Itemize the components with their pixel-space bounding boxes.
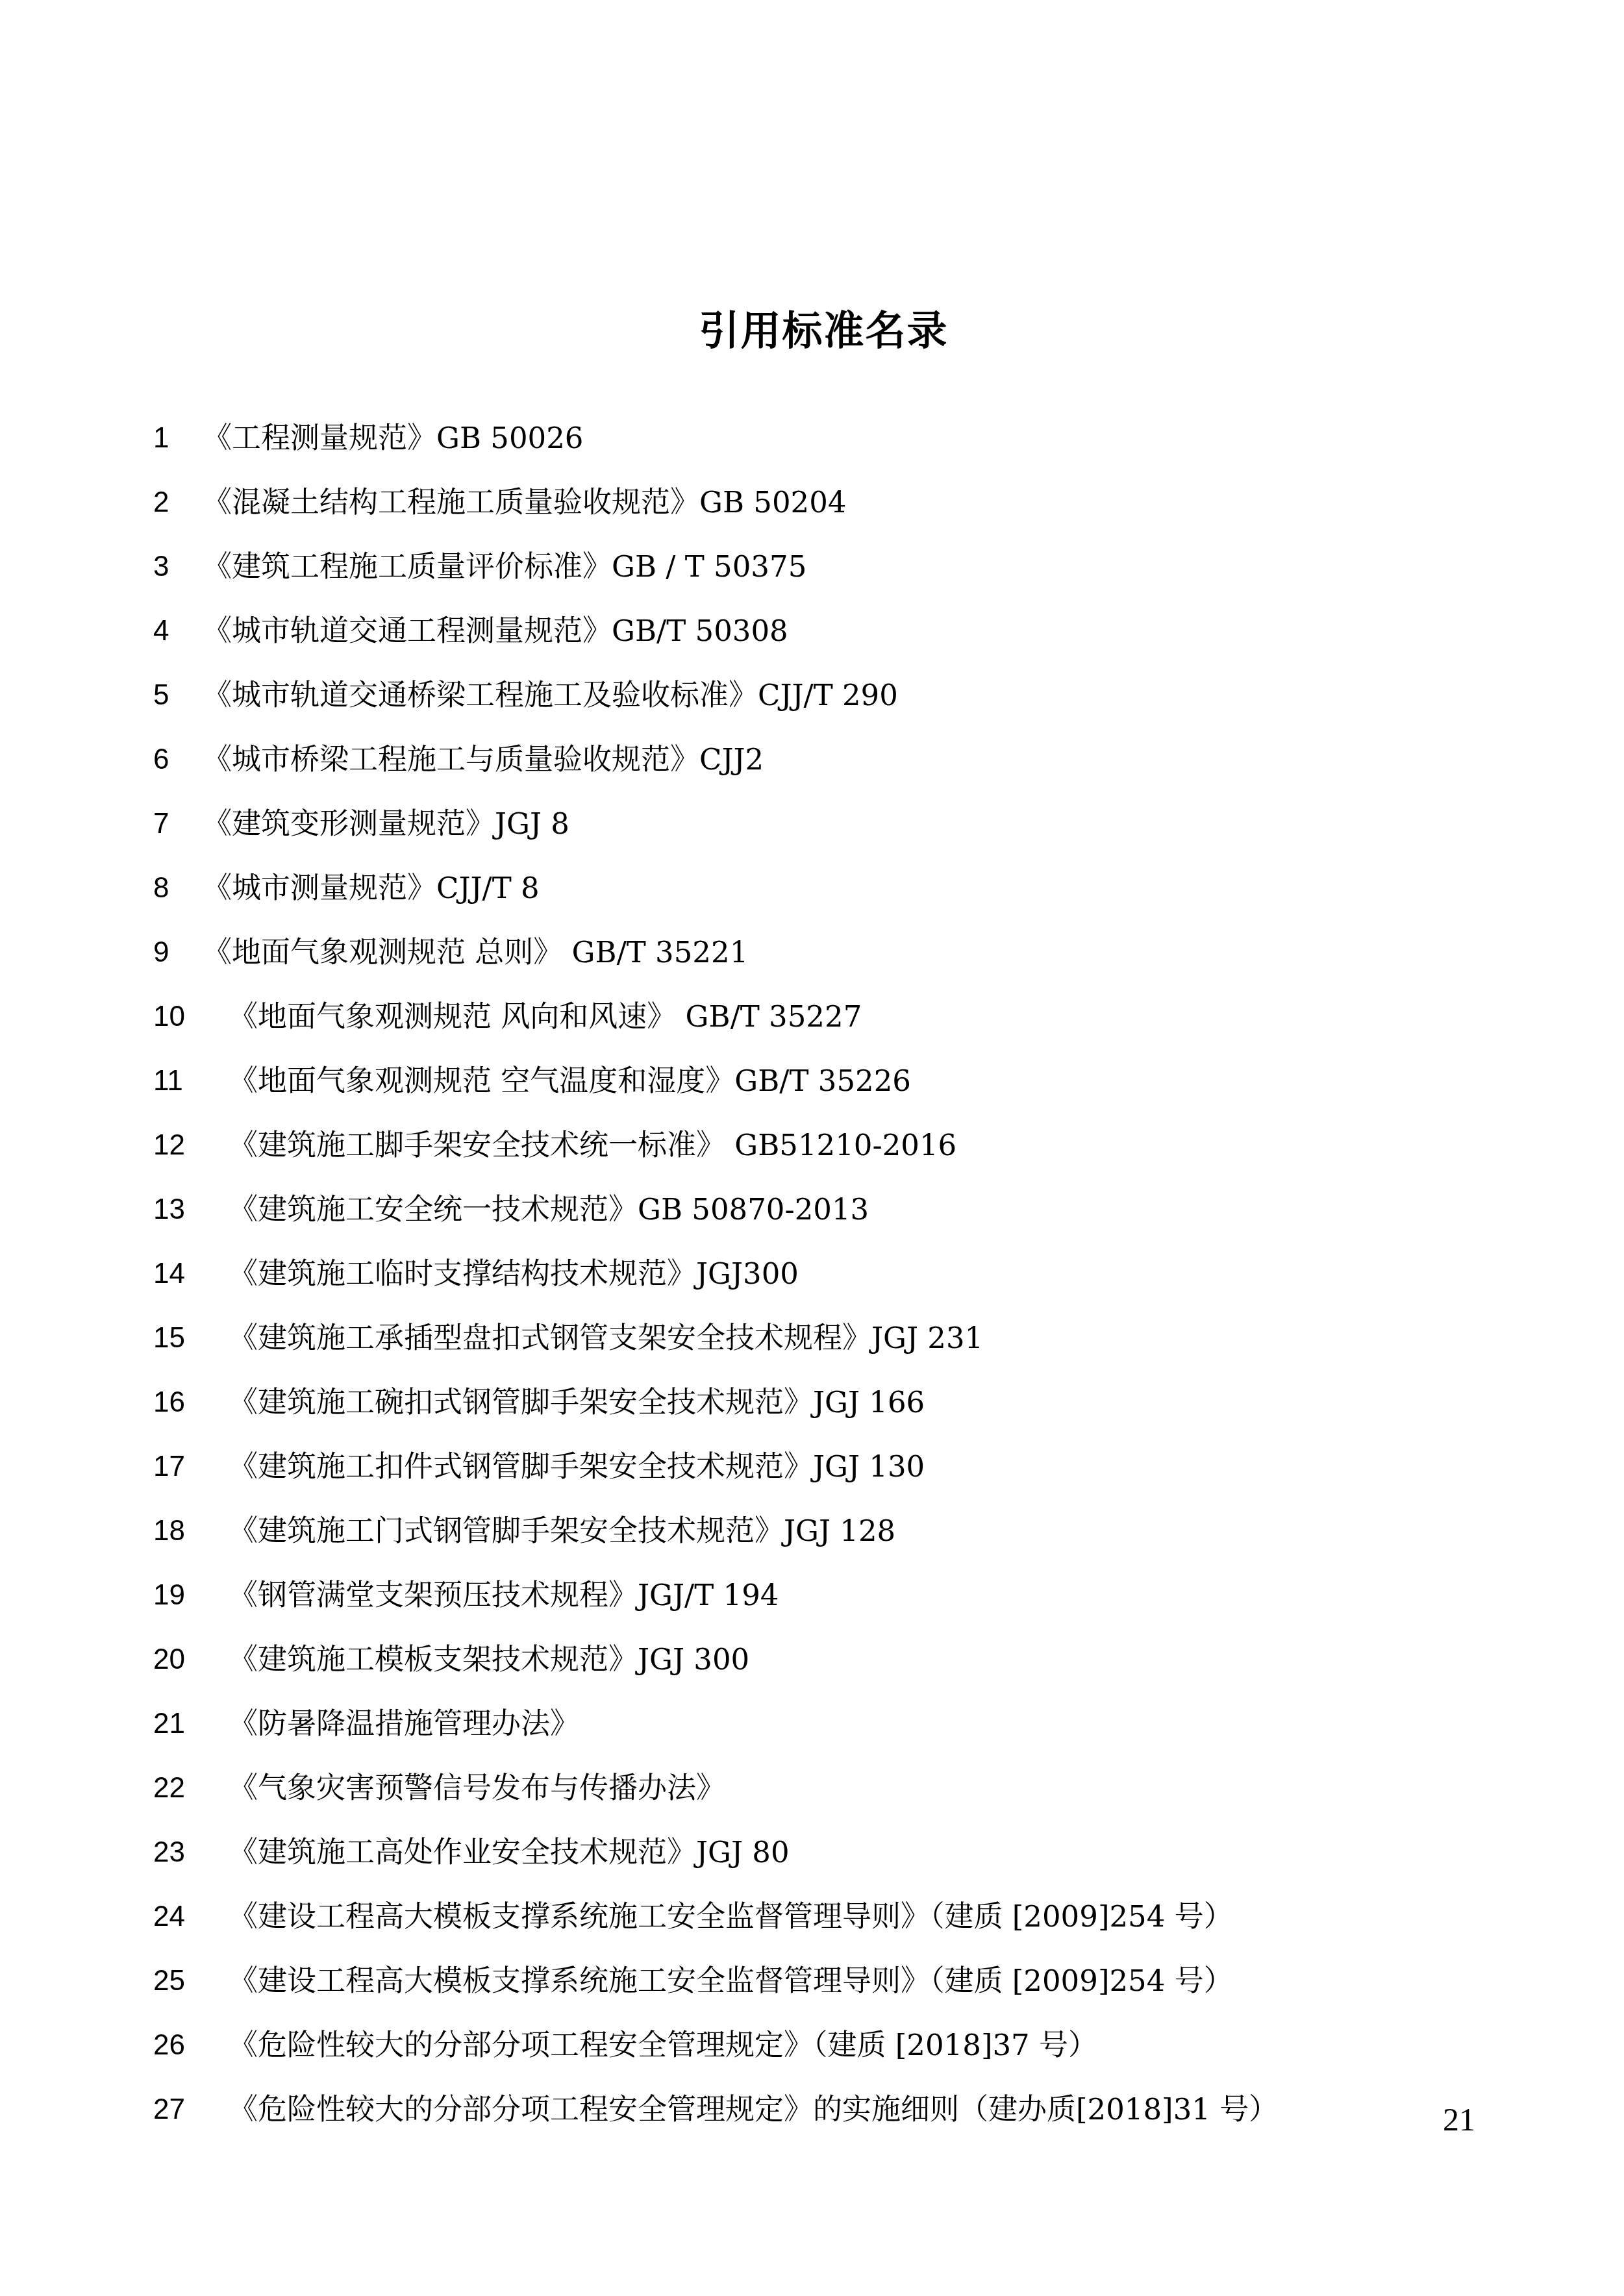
item-text: 《城市测量规范》CJJ/T 8 xyxy=(203,862,540,914)
item-text: 《钢管满堂支架预压技术规程》JGJ/T 194 xyxy=(229,1569,779,1621)
item-text: 《建筑施工脚手架安全技术统一标准》 GB51210-2016 xyxy=(229,1119,956,1171)
item-number: 7 xyxy=(153,798,169,850)
item-text: 《城市轨道交通工程测量规范》GB/T 50308 xyxy=(203,605,788,657)
item-number: 14 xyxy=(153,1248,185,1300)
item-number: 12 xyxy=(153,1119,185,1171)
item-text: 《工程测量规范》GB 50026 xyxy=(203,412,583,464)
item-number: 18 xyxy=(153,1505,185,1557)
item-text: 《建筑施工承插型盘扣式钢管支架安全技术规程》JGJ 231 xyxy=(229,1312,983,1364)
item-number: 5 xyxy=(153,669,169,721)
item-number: 24 xyxy=(153,1891,185,1943)
item-number: 2 xyxy=(153,477,169,529)
item-number: 26 xyxy=(153,2019,185,2071)
item-text: 《建筑变形测量规范》JGJ 8 xyxy=(203,798,569,850)
item-number: 21 xyxy=(153,1698,185,1750)
item-number: 20 xyxy=(153,1634,185,1686)
item-number: 9 xyxy=(153,927,169,979)
item-text: 《建筑施工模板支架技术规范》JGJ 300 xyxy=(229,1634,749,1686)
item-text: 《建筑施工扣件式钢管脚手架安全技术规范》JGJ 130 xyxy=(229,1441,925,1493)
item-text: 《建筑施工安全统一技术规范》GB 50870-2013 xyxy=(229,1184,869,1236)
item-text: 《城市桥梁工程施工与质量验收规范》CJJ2 xyxy=(203,734,764,786)
item-text: 《危险性较大的分部分项工程安全管理规定》的实施细则（建办质[2018]31 号） xyxy=(229,2084,1278,2136)
item-number: 25 xyxy=(153,1955,185,2007)
page-number: 21 xyxy=(1443,2101,1475,2138)
item-text: 《城市轨道交通桥梁工程施工及验收标准》CJJ/T 290 xyxy=(203,669,898,721)
item-text: 《建筑施工门式钢管脚手架安全技术规范》JGJ 128 xyxy=(229,1505,895,1557)
item-text: 《混凝土结构工程施工质量验收规范》GB 50204 xyxy=(203,477,846,529)
item-text: 《建筑施工临时支撑结构技术规范》JGJ300 xyxy=(229,1248,799,1300)
item-number: 27 xyxy=(153,2084,185,2136)
item-number: 1 xyxy=(153,412,169,464)
item-number: 10 xyxy=(153,991,185,1043)
item-text: 《建筑施工高处作业安全技术规范》JGJ 80 xyxy=(229,1827,790,1878)
item-text: 《建设工程高大模板支撑系统施工安全监督管理导则》（建质 [2009]254 号） xyxy=(229,1891,1233,1943)
item-number: 15 xyxy=(153,1312,185,1364)
item-number: 23 xyxy=(153,1827,185,1878)
item-number: 16 xyxy=(153,1377,185,1429)
item-number: 3 xyxy=(153,541,169,593)
item-number: 4 xyxy=(153,605,169,657)
item-text: 《防暑降温措施管理办法》 xyxy=(229,1698,579,1750)
item-text: 《地面气象观测规范 风向和风速》 GB/T 35227 xyxy=(229,991,862,1043)
item-number: 13 xyxy=(153,1184,185,1236)
item-number: 6 xyxy=(153,734,169,786)
item-number: 8 xyxy=(153,862,169,914)
item-text: 《气象灾害预警信号发布与传播办法》 xyxy=(229,1762,725,1814)
page-title: 引用标准名录 xyxy=(0,299,1624,356)
item-text: 《危险性较大的分部分项工程安全管理规定》（建质 [2018]37 号） xyxy=(229,2019,1097,2071)
item-text: 《地面气象观测规范 总则》 GB/T 35221 xyxy=(203,927,748,979)
item-number: 11 xyxy=(153,1055,183,1107)
item-number: 17 xyxy=(153,1441,185,1493)
item-text: 《地面气象观测规范 空气温度和湿度》GB/T 35226 xyxy=(229,1055,911,1107)
item-text: 《建筑施工碗扣式钢管脚手架安全技术规范》JGJ 166 xyxy=(229,1377,925,1429)
item-number: 22 xyxy=(153,1762,185,1814)
item-text: 《建设工程高大模板支撑系统施工安全监督管理导则》（建质 [2009]254 号） xyxy=(229,1955,1233,2007)
item-number: 19 xyxy=(153,1569,185,1621)
item-text: 《建筑工程施工质量评价标准》GB / T 50375 xyxy=(203,541,806,593)
